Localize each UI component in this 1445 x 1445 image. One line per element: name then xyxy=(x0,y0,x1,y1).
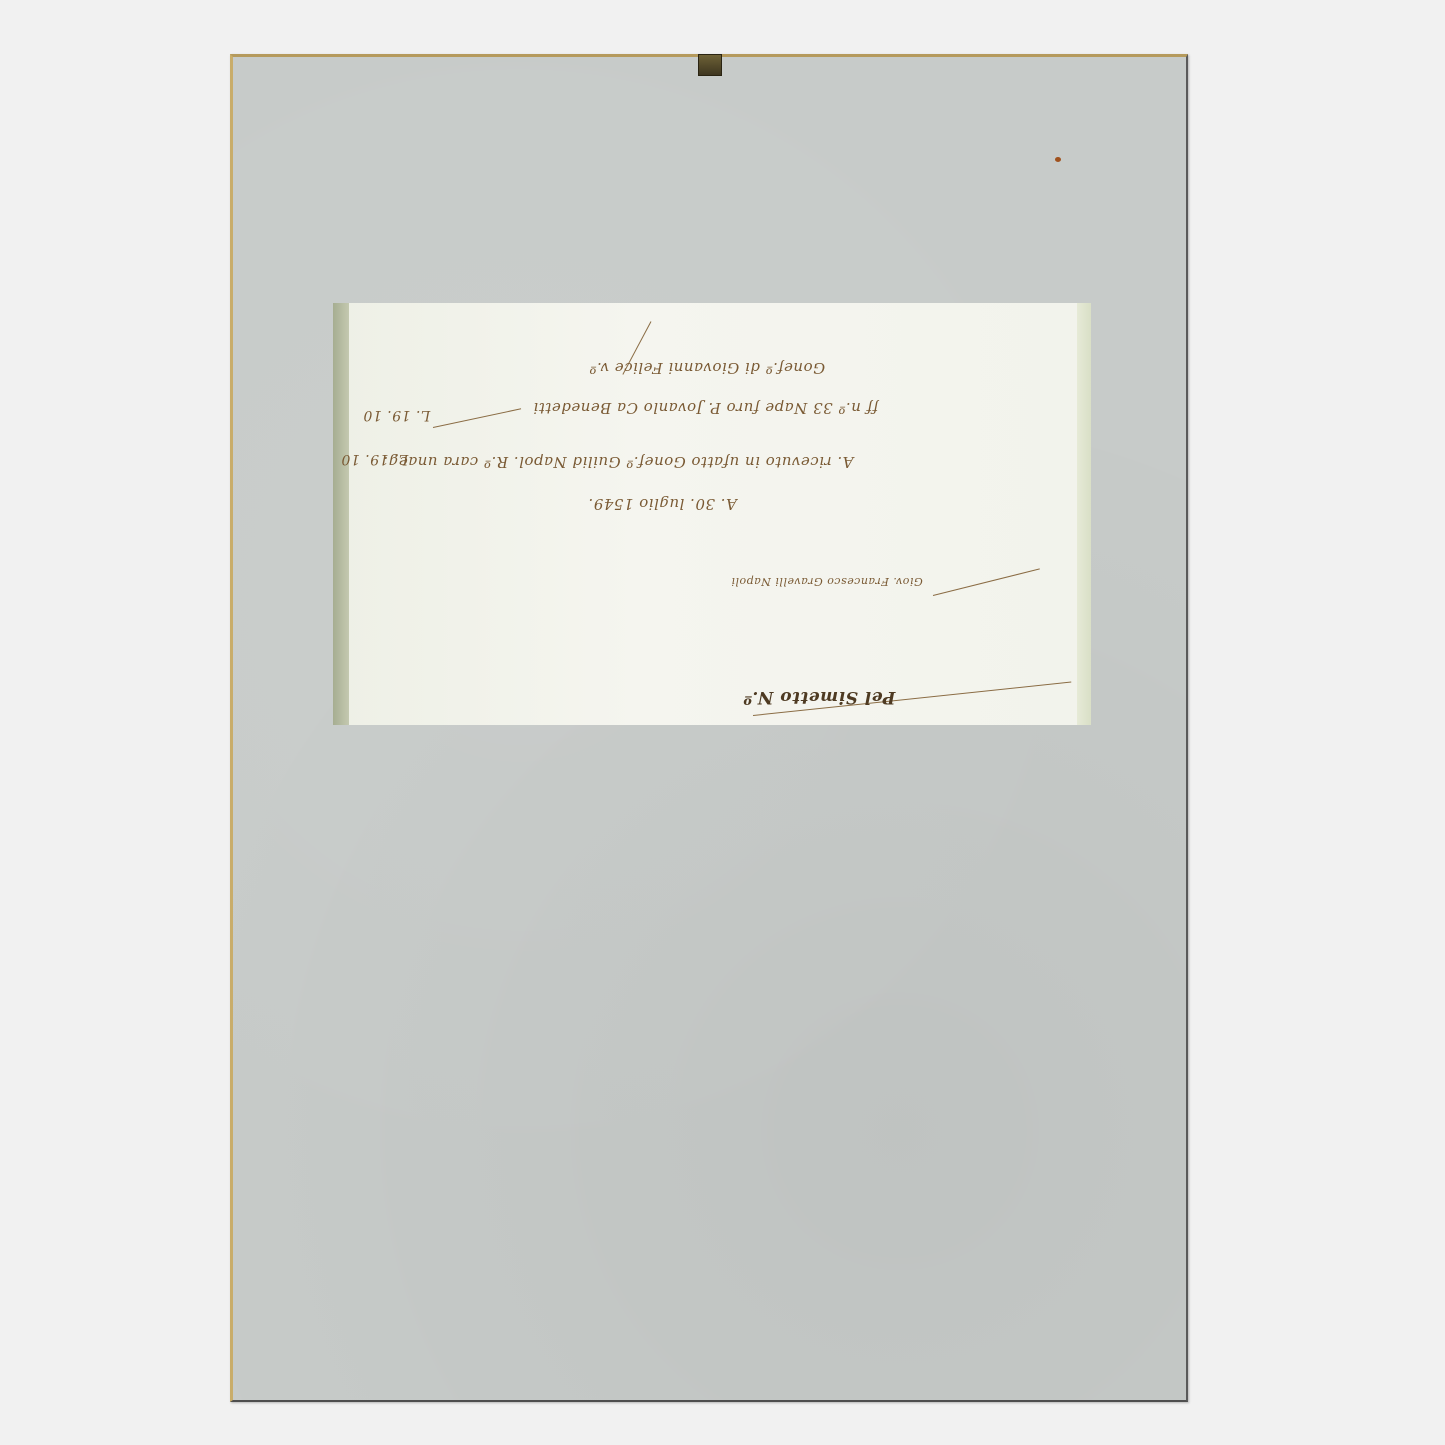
doc-date: A. 30. luglio 1549. xyxy=(588,495,737,513)
doc-amount-1: L. 19. 10 xyxy=(363,407,430,423)
frame-clip xyxy=(698,54,722,76)
doc-signature-small: Giov. Francesco Gravelli Napoli xyxy=(731,575,923,588)
picture-frame: Gonef.º di Giovanni Felice v.º ff n.º 33… xyxy=(230,54,1188,1402)
doc-line-2: ff n.º 33 Nape furo P. Jovanlo Ca Benede… xyxy=(533,399,878,417)
stain-spot xyxy=(1055,157,1061,162)
pen-flourish xyxy=(933,568,1040,596)
document-right-edge xyxy=(1077,303,1091,725)
doc-line-1: Gonef.º di Giovanni Felice v.º xyxy=(589,359,825,377)
doc-line-3: A. ricevuto in ufatto Gonef.º Guilid Nap… xyxy=(383,453,854,471)
doc-signature-large: Pel Simetto N.º xyxy=(743,687,895,707)
handwritten-document: Gonef.º di Giovanni Felice v.º ff n.º 33… xyxy=(333,303,1091,725)
pen-flourish xyxy=(433,408,521,428)
document-left-edge xyxy=(333,303,349,725)
